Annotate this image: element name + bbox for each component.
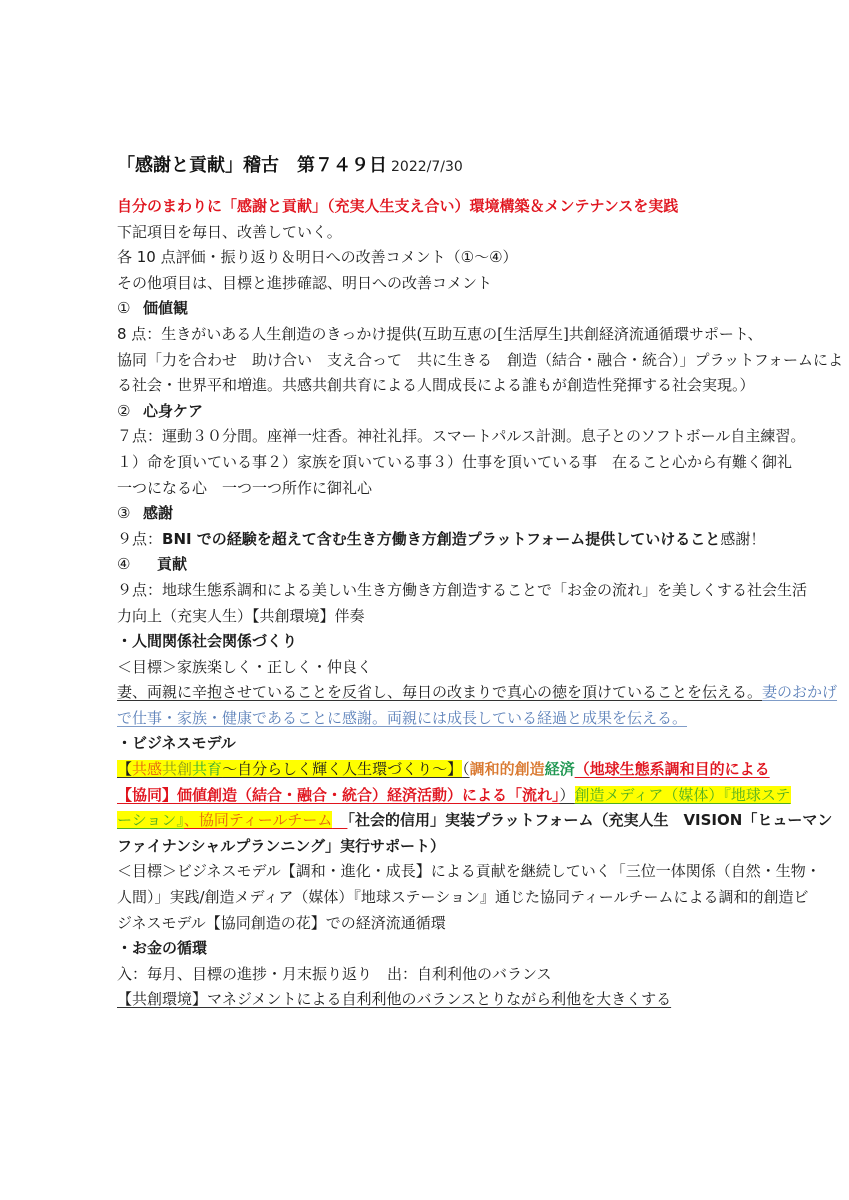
section-text: ９点：BNI での経験を超えて含む生き方働き方創造プラットフォーム提供していける… [117, 527, 749, 553]
score-suffix: 感謝！ [720, 530, 765, 548]
section-label: 貢献 [157, 555, 187, 573]
concept-paren-close: ） [560, 786, 575, 804]
concept-station: ーション』 [117, 811, 184, 829]
relations-reflection: 妻、両親に辛抱させていることを反省し、毎日の改まりで真心の徳を頂けていることを伝… [117, 680, 749, 706]
section-text: １）命を頂いている事２）家族を頂いている事３）仕事を頂いている事 在ること心から… [117, 450, 749, 476]
section-label: 心身ケア [143, 402, 203, 420]
concept-gap [332, 811, 347, 829]
section-text: 8 点：生きがいある人生創造のきっかけ提供(互助互恵の[生活厚生]共創経済流通循… [117, 322, 749, 348]
concept-kyoso: 共創 [162, 760, 192, 778]
section-text: ７点：運動３０分間。座禅一炷香。神社礼拝。スマートパルス計測。息子とのソフトボー… [117, 424, 749, 450]
intro-line: 下記項目を毎日、改善していく。 [117, 220, 749, 246]
money-heading: ・お金の循環 [117, 936, 749, 962]
section-heading-mind-body-care: ②心身ケア [117, 399, 749, 425]
money-management-text: 【共創環境】マネジメントによる自利利他のバランスとりながら利他を大きくする [117, 990, 671, 1008]
intro-subtitle: 自分のまわりに「感謝と貢献」（充実人生支え合い）環境構築＆メンテナンスを実践 [117, 194, 749, 220]
score-bold-text: BNI での経験を超えて含む生き方働き方創造プラットフォーム提供していけること [162, 530, 720, 548]
section-number: ④ [117, 552, 157, 578]
section-text: 力向上（充実人生）【共創環境】伴奏 [117, 604, 749, 630]
section-heading-contribution: ④貢献 [117, 552, 749, 578]
concept-keizai: 経済 [545, 760, 575, 778]
concept-kyoiku: 共育 [192, 760, 222, 778]
section-label: 価値観 [143, 299, 188, 317]
money-flow: 入：毎月、目標の進捗・月末振り返り 出：自利利他のバランス [117, 962, 749, 988]
score-prefix: ９点： [117, 530, 162, 548]
concept-platform: 「社会的信用」実装プラットフォーム（充実人生 VISION「ヒューマン [347, 811, 832, 829]
reflection-note: 妻のおかげ [762, 683, 837, 701]
section-text: 協同「力を合わせ 助け合い 支え合って 共に生きる 創造（結合・融合・統合）」プ… [117, 348, 749, 374]
concept-kyokan: 共感 [132, 760, 162, 778]
document-body: 自分のまわりに「感謝と貢献」（充実人生支え合い）環境構築＆メンテナンスを実践 下… [117, 194, 749, 1013]
intro-line: その他項目は、目標と進捗確認、明日への改善コメント [117, 271, 749, 297]
section-text: ９点：地球生態系調和による美しい生き方働き方創造することで「お金の流れ」を美しく… [117, 578, 749, 604]
business-heading: ・ビジネスモデル [117, 731, 749, 757]
reflection-note: で仕事・家族・健康であることに感謝。両親には成長している経過と成果を伝える。 [117, 709, 687, 727]
business-goal: ジネスモデル【協同創造の花】での経済流通循環 [117, 911, 749, 937]
concept-chowa: 調和的創造 [470, 760, 545, 778]
relations-goal: ＜目標＞家族楽しく・正しく・仲良く [117, 655, 749, 681]
section-text: 一つになる心 一つ一つ所作に御礼心 [117, 476, 749, 502]
concept-team: 、協同ティールチーム [184, 811, 333, 829]
concept-tagline: ～自分らしく輝く人生環づくり～】 [222, 760, 462, 778]
title-main: 「感謝と貢献」稽古 第７４９日 [117, 155, 387, 176]
concept-flow: 【協同】価値創造（結合・融合・統合）経済活動）による「流れ」 [117, 786, 560, 804]
relations-heading: ・人間関係社会関係づくり [117, 629, 749, 655]
page-title: 「感謝と貢献」稽古 第７４９日2022/7/30 [117, 153, 463, 179]
business-concept-line: 【共感共創共育～自分らしく輝く人生環づくり～】（調和的創造経済（地球生態系調和目… [117, 757, 749, 783]
section-number: ③ [117, 501, 143, 527]
concept-paren: （ [462, 760, 470, 778]
section-label: 感謝 [143, 504, 173, 522]
reflection-text: 妻、両親に辛抱させていることを反省し、毎日の改まりで真心の徳を頂けていることを伝… [117, 683, 762, 701]
section-heading-values: ①価値観 [117, 296, 749, 322]
concept-bracket: 【 [117, 760, 132, 778]
intro-line: 各 10 点評価・振り返り＆明日への改善コメント（①～④） [117, 245, 749, 271]
section-text: る社会・世界平和増進。共感共創共育による人間成長による誰もが創造性発揮する社会実… [117, 373, 749, 399]
section-number: ② [117, 399, 143, 425]
business-goal: ＜目標＞ビジネスモデル【調和・進化・成長】による貢献を継続していく「三位一体関係… [117, 859, 749, 885]
document-page: 「感謝と貢献」稽古 第７４９日2022/7/30 自分のまわりに「感謝と貢献」（… [0, 0, 849, 1200]
relations-reflection: で仕事・家族・健康であることに感謝。両親には成長している経過と成果を伝える。 [117, 706, 749, 732]
concept-red-tail: （地球生態系調和目的による [575, 760, 770, 778]
title-date: 2022/7/30 [391, 159, 463, 175]
section-heading-gratitude: ③感謝 [117, 501, 749, 527]
business-concept-line: ファイナンシャルプランニング」実行サポート） [117, 834, 749, 860]
section-number: ① [117, 296, 143, 322]
money-management: 【共創環境】マネジメントによる自利利他のバランスとりながら利他を大きくする [117, 987, 749, 1013]
business-goal: 人間）」実践/創造メディア（媒体）『地球ステーション』通じた協同ティールチームに… [117, 885, 749, 911]
business-concept-line: 【協同】価値創造（結合・融合・統合）経済活動）による「流れ」）創造メディア（媒体… [117, 783, 749, 809]
concept-media: 創造メディア（媒体）『地球ステ [575, 786, 791, 804]
business-concept-line: ーション』、協同ティールチーム 「社会的信用」実装プラットフォーム（充実人生 V… [117, 808, 749, 834]
